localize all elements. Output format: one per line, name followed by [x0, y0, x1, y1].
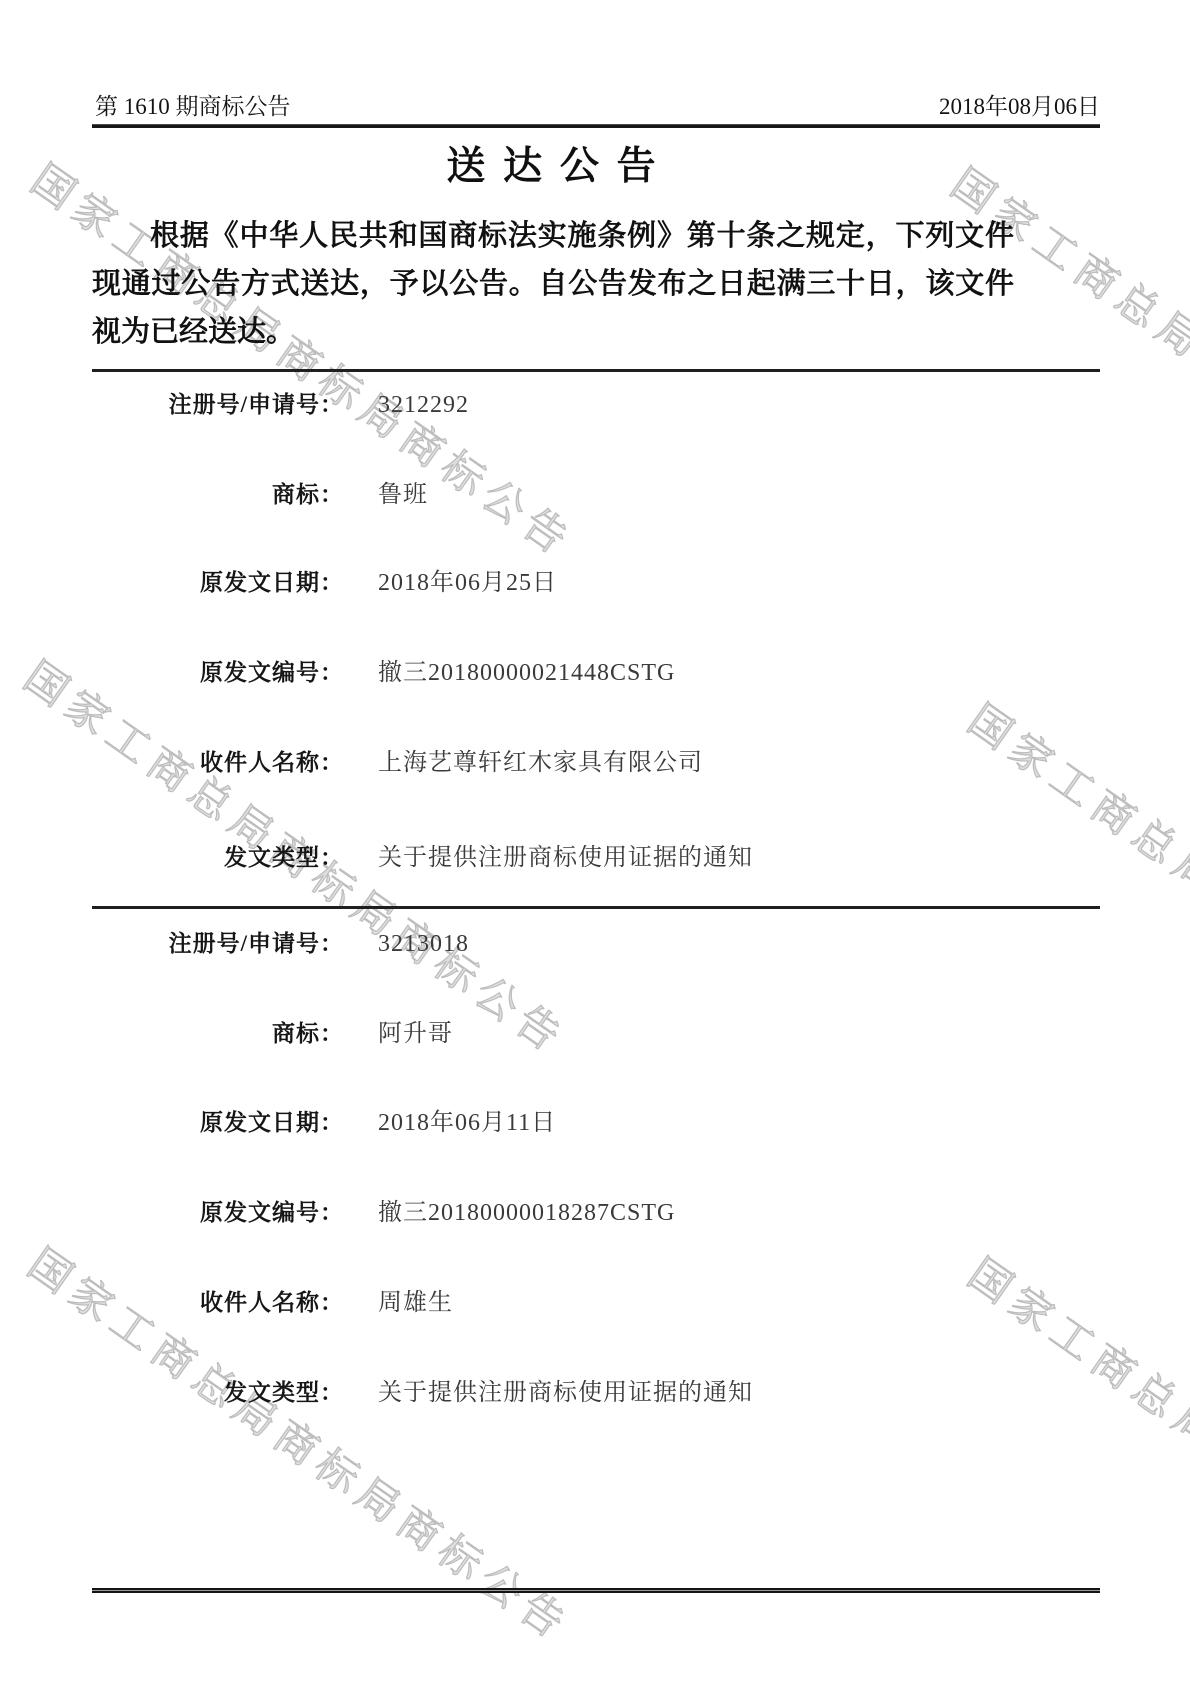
section-divider	[92, 369, 1100, 372]
field-label: 收件人名称：	[92, 749, 344, 778]
field-value: 关于提供注册商标使用证据的通知	[378, 843, 753, 873]
field-value: 3212292	[378, 390, 469, 420]
intro-paragraph: 根据《中华人民共和国商标法实施条例》第十条之规定，下列文件现通过公告方式送达，予…	[92, 212, 1014, 356]
field-value: 2018年06月25日	[378, 568, 557, 598]
field-row: 注册号/申请号： 3212292	[92, 390, 1072, 420]
field-label: 发文类型：	[92, 1379, 344, 1408]
field-row: 原发文编号： 撤三20180000018287CSTG	[92, 1198, 1072, 1228]
field-label: 收件人名称：	[92, 1289, 344, 1318]
field-label: 原发文编号：	[92, 659, 344, 688]
field-row: 原发文日期： 2018年06月25日	[92, 568, 1072, 598]
page-title: 送 达 公 告	[92, 144, 1014, 191]
section-divider	[92, 906, 1100, 909]
field-value: 阿升哥	[378, 1019, 453, 1049]
field-label: 注册号/申请号：	[92, 391, 344, 420]
field-value: 关于提供注册商标使用证据的通知	[378, 1378, 753, 1408]
field-label: 原发文日期：	[92, 1109, 344, 1138]
field-value: 2018年06月11日	[378, 1108, 556, 1138]
field-row: 商标： 鲁班	[92, 480, 1072, 510]
field-row: 原发文编号： 撤三20180000021448CSTG	[92, 658, 1072, 688]
field-row: 收件人名称： 周雄生	[92, 1288, 1072, 1318]
field-value: 鲁班	[378, 480, 428, 510]
field-label: 商标：	[92, 1020, 344, 1049]
field-label: 发文类型：	[92, 844, 344, 873]
field-row: 收件人名称： 上海艺尊轩红木家具有限公司	[92, 748, 1072, 778]
field-label: 原发文日期：	[92, 569, 344, 598]
field-value: 3213018	[378, 929, 469, 959]
field-label: 商标：	[92, 481, 344, 510]
page-header: 第 1610 期商标公告 2018年08月06日	[95, 94, 1100, 120]
field-label: 注册号/申请号：	[92, 930, 344, 959]
field-value: 撤三20180000018287CSTG	[378, 1198, 675, 1228]
field-value: 撤三20180000021448CSTG	[378, 658, 675, 688]
header-rule	[92, 124, 1100, 128]
bottom-rule	[92, 1588, 1100, 1593]
gazette-issue: 第 1610 期商标公告	[95, 94, 291, 120]
gazette-date: 2018年08月06日	[939, 94, 1100, 120]
field-row: 商标： 阿升哥	[92, 1019, 1072, 1049]
field-row: 发文类型： 关于提供注册商标使用证据的通知	[92, 843, 1072, 873]
gazette-page: 国家工商总局商标局商标公告 国家工商总局商标局商标公告 国家工商总局商标局商标公…	[0, 0, 1190, 1684]
field-value: 周雄生	[378, 1288, 453, 1318]
field-row: 发文类型： 关于提供注册商标使用证据的通知	[92, 1378, 1072, 1408]
field-label: 原发文编号：	[92, 1199, 344, 1228]
field-row: 注册号/申请号： 3213018	[92, 929, 1072, 959]
field-value: 上海艺尊轩红木家具有限公司	[378, 748, 703, 778]
field-row: 原发文日期： 2018年06月11日	[92, 1108, 1072, 1138]
page-content: 第 1610 期商标公告 2018年08月06日 送 达 公 告 根据《中华人民…	[0, 0, 1190, 1684]
